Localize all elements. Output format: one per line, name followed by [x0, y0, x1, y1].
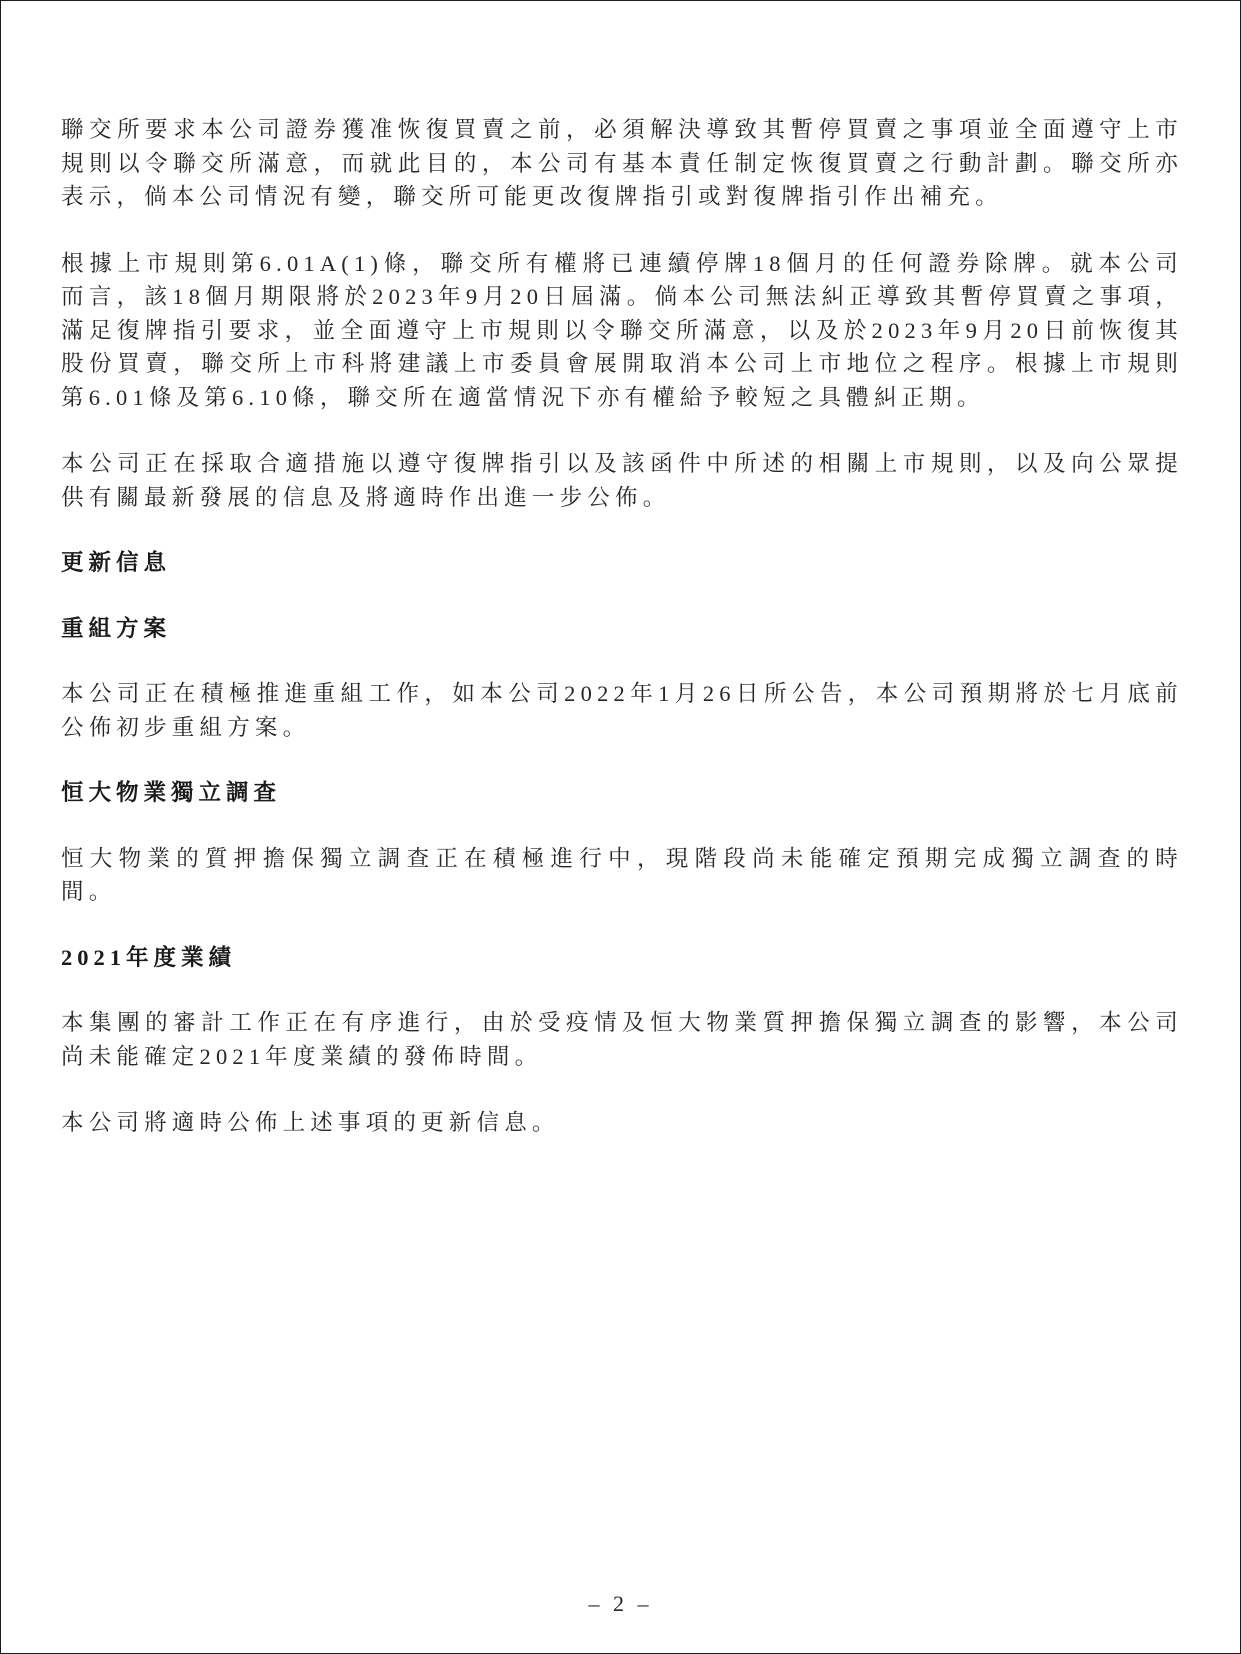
- section-heading-investigation: 恒大物業獨立調查: [61, 776, 1183, 810]
- paragraph-restructuring: 本公司正在積極推進重組工作，如本公司2022年1月26日所公告，本公司預期將於七…: [61, 677, 1183, 744]
- section-heading-update-info: 更新信息: [61, 546, 1183, 580]
- paragraph-investigation: 恒大物業的質押擔保獨立調查正在積極進行中，現階段尚未能確定預期完成獨立調查的時間…: [61, 842, 1183, 909]
- spacer: [61, 514, 1183, 546]
- paragraph-resumption-requirements: 聯交所要求本公司證券獲准恢復買賣之前，必須解決導致其暫停買賣之事項並全面遵守上市…: [61, 113, 1183, 214]
- spacer: [61, 214, 1183, 247]
- spacer: [61, 645, 1183, 677]
- paragraph-delisting-rule: 根據上市規則第6.01A(1)條，聯交所有權將已連續停牌18個月的任何證券除牌。…: [61, 247, 1183, 415]
- spacer: [61, 974, 1183, 1006]
- paragraph-compliance-measures: 本公司正在採取合適措施以遵守復牌指引以及該函件中所述的相關上市規則，以及向公眾提…: [61, 447, 1183, 514]
- spacer: [61, 909, 1183, 941]
- document-body: 聯交所要求本公司證券獲准恢復買賣之前，必須解決導致其暫停買賣之事項並全面遵守上市…: [61, 113, 1183, 1140]
- document-page: 聯交所要求本公司證券獲准恢復買賣之前，必須解決導致其暫停買賣之事項並全面遵守上市…: [0, 0, 1241, 1654]
- paragraph-closing: 本公司將適時公佈上述事項的更新信息。: [61, 1106, 1183, 1140]
- section-heading-restructuring: 重組方案: [61, 612, 1183, 646]
- page-number: – 2 –: [1, 1591, 1240, 1617]
- spacer: [61, 414, 1183, 447]
- spacer: [61, 580, 1183, 612]
- spacer: [61, 1073, 1183, 1106]
- paragraph-annual-results: 本集團的審計工作正在有序進行，由於受疫情及恒大物業質押擔保獨立調查的影響，本公司…: [61, 1006, 1183, 1073]
- spacer: [61, 744, 1183, 776]
- section-heading-annual-results: 2021年度業績: [61, 941, 1183, 975]
- spacer: [61, 810, 1183, 842]
